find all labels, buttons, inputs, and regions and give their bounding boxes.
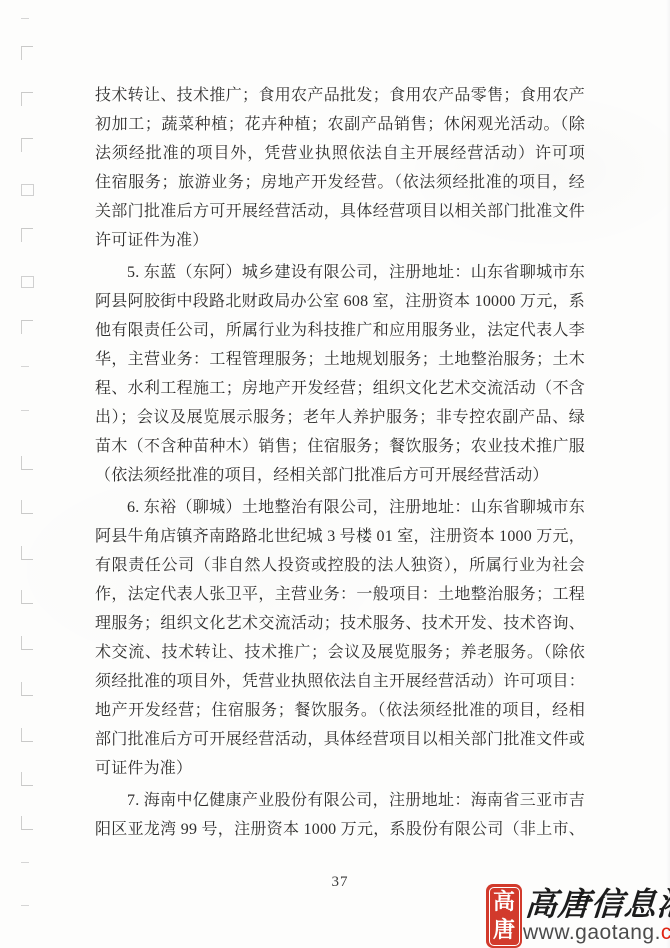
text-line: 阿县牛角店镇齐南路路北世纪城 3 号楼 01 室，注册资本 1000 万元，系 [95, 522, 585, 551]
scan-mark [21, 816, 33, 830]
text-line: 地产开发经营；住宿服务；餐饮服务。（依法须经批准的项目，经相关 [95, 696, 585, 725]
text-line: 住宿服务；旅游业务；房地产开发经营。（依法须经批准的项目，经相 [95, 168, 585, 197]
scan-mark [21, 18, 29, 19]
scan-mark [21, 500, 33, 514]
scan-mark [21, 772, 33, 786]
paragraph-company-6: 6. 东裕（聊城）土地整治有限公司，注册地址：山东省聊城市东 阿县牛角店镇齐南路… [95, 493, 585, 783]
text-line: 他有限责任公司，所属行业为科技推广和应用服务业，法定代表人李文 [95, 316, 585, 345]
text-line: 关部门批准后方可开展经营活动，具体经营项目以相关部门批准文件或 [95, 197, 585, 226]
text-line: 5. 东蓝（东阿）城乡建设有限公司，注册地址：山东省聊城市东 [95, 258, 585, 287]
scan-mark [21, 590, 33, 604]
scan-mark [21, 682, 33, 696]
site-watermark: 高 唐 高唐信息港 www.gaotang.cc [486, 883, 670, 948]
text-line: 有限责任公司（非自然人投资或控股的法人独资），所属行业为社会工 [95, 551, 585, 580]
watermark-url: www.gaotang.cc [523, 921, 670, 945]
scan-mark [21, 276, 34, 288]
text-line: 出）；会议及展览展示服务；老年人养护服务；非专控农副产品、绿化 [95, 403, 585, 432]
text-line: 可证件为准） [95, 754, 585, 783]
text-line: 华，主营业务：工程管理服务；土地规划服务；土地整治服务；土木工 [95, 345, 585, 374]
document-body: 技术转让、技术推广；食用农产品批发；食用农产品零售；食用农产品 初加工；蔬菜种植… [95, 81, 585, 844]
seal-char-bottom: 唐 [493, 918, 515, 942]
text-line: 6. 东裕（聊城）土地整治有限公司，注册地址：山东省聊城市东 [95, 493, 585, 522]
scan-mark [21, 320, 33, 334]
text-line: （依法须经批准的项目，经相关部门批准后方可开展经营活动） [95, 461, 585, 490]
text-line: 阿县阿胶街中段路北财政局办公室 608 室，注册资本 10000 万元，系其 [95, 287, 585, 316]
document-page: 技术转让、技术推广；食用农产品批发；食用农产品零售；食用农产品 初加工；蔬菜种植… [0, 0, 670, 948]
scan-mark [21, 546, 33, 560]
text-line: 部门批准后方可开展经营活动，具体经营项目以相关部门批准文件或许 [95, 725, 585, 754]
scan-mark [21, 228, 33, 242]
scan-mark [21, 138, 33, 152]
text-line: 许可证件为准） [95, 226, 585, 255]
scan-mark [21, 46, 33, 60]
scan-mark [21, 862, 29, 863]
gaotang-seal-characters: 高 唐 [489, 887, 520, 946]
seal-char-top: 高 [493, 890, 515, 914]
scan-mark [21, 905, 29, 906]
scan-mark [21, 728, 33, 742]
scan-mark [21, 636, 33, 650]
text-line: 阳区亚龙湾 99 号，注册资本 1000 万元，系股份有限公司（非上市、自 [95, 815, 585, 844]
text-line: 术交流、技术转让、技术推广；会议及展览服务；养老服务。（除依法 [95, 638, 585, 667]
watermark-url-main: www.gaotang. [523, 921, 661, 944]
paragraph-company-5: 5. 东蓝（东阿）城乡建设有限公司，注册地址：山东省聊城市东 阿县阿胶街中段路北… [95, 258, 585, 490]
scan-mark [21, 184, 34, 196]
text-line: 理服务；组织文化艺术交流活动；技术服务、技术开发、技术咨询、技 [95, 609, 585, 638]
text-line: 苗木（不含种苗种木）销售；住宿服务；餐饮服务；农业技术推广服务。 [95, 432, 585, 461]
text-line: 须经批准的项目外，凭营业执照依法自主开展经营活动）许可项目：房 [95, 667, 585, 696]
text-line: 初加工；蔬菜种植；花卉种植；农副产品销售；休闲观光活动。（除依 [95, 110, 585, 139]
scan-mark [21, 366, 29, 367]
watermark-url-suffix: cc [661, 921, 670, 944]
gaotang-seal: 高 唐 [486, 884, 522, 948]
text-line: 法须经批准的项目外，凭营业执照依法自主开展经营活动）许可项目： [95, 139, 585, 168]
text-line: 作，法定代表人张卫平，主营业务：一般项目：土地整治服务；工程管 [95, 580, 585, 609]
text-line: 技术转让、技术推广；食用农产品批发；食用农产品零售；食用农产品 [95, 81, 585, 110]
scan-mark [21, 456, 33, 470]
paragraph-company-7: 7. 海南中亿健康产业股份有限公司，注册地址：海南省三亚市吉 阳区亚龙湾 99 … [95, 786, 585, 844]
paragraph-continued: 技术转让、技术推广；食用农产品批发；食用农产品零售；食用农产品 初加工；蔬菜种植… [95, 81, 585, 255]
text-line: 7. 海南中亿健康产业股份有限公司，注册地址：海南省三亚市吉 [95, 786, 585, 815]
scan-mark [21, 92, 33, 106]
scan-edge-artifacts [0, 0, 60, 948]
text-line: 程、水利工程施工；房地产开发经营；组织文化艺术交流活动（不含演 [95, 374, 585, 403]
scan-mark [21, 410, 29, 411]
